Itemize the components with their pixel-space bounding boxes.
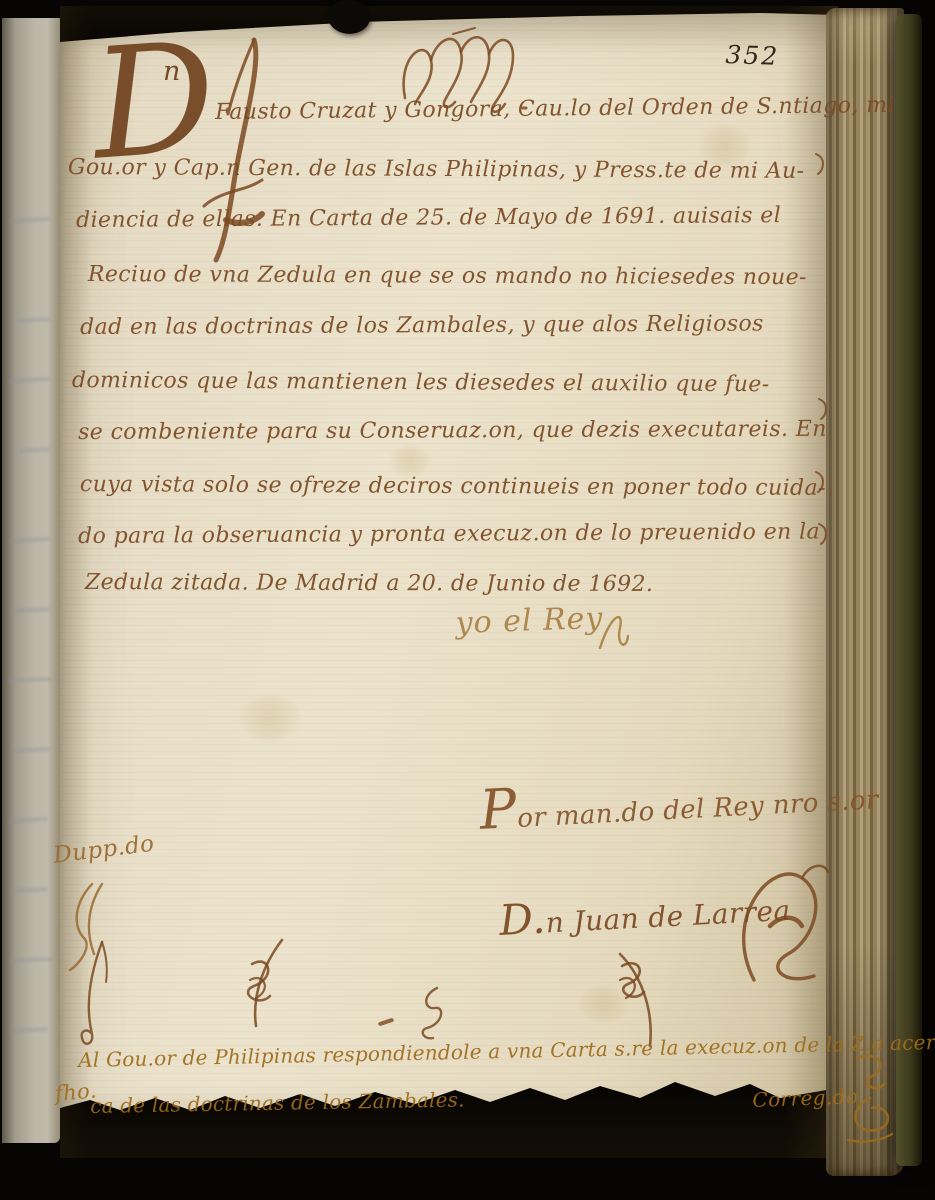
folio-number: 352: [725, 40, 780, 71]
body-line: se combeniente para su Conseruaz.on, que…: [78, 417, 827, 445]
bleedthrough-stroke: [10, 217, 50, 223]
bleedthrough-stroke: [10, 957, 52, 963]
body-line: do para la obseruancia y pronta execuz.o…: [78, 519, 820, 549]
fore-edge-shadow: [896, 14, 922, 1166]
body-line: Gou.or y Cap.n Gen. de las Islas Philipi…: [68, 155, 805, 184]
body-line: cuya vista solo se ofreze deciros contin…: [80, 472, 826, 501]
body-line: diencia de ellas. En Carta de 25. de May…: [76, 203, 781, 233]
bleedthrough-stroke: [14, 607, 50, 613]
quill-mark: [415, 982, 451, 1046]
royal-signature: yo el Rey: [455, 601, 604, 641]
bleedthrough-stroke: [12, 1027, 48, 1033]
royal-rubric-flourish: [590, 600, 632, 658]
manuscript-photo: 352 D n Fausto Cruzat y Gongora, Cau.lo …: [0, 0, 935, 1200]
bleedthrough-stroke: [20, 447, 50, 453]
signature-rubric-flourish: [730, 856, 834, 1000]
initial-superscript: n: [163, 56, 181, 87]
bleedthrough-stroke: [12, 747, 50, 753]
quill-mark: [228, 936, 292, 1038]
body-line: Zedula zitada. De Madrid a 20. de Junio …: [85, 570, 653, 597]
quill-mark: [78, 938, 114, 1052]
corrected-rubric-flourish: [828, 1050, 900, 1148]
bleedthrough-stroke: [14, 887, 48, 893]
fecho-mark: fho.: [54, 1078, 98, 1106]
line-end-mark: [812, 150, 828, 178]
body-line: dad en las doctrinas de los Zambales, y …: [80, 311, 764, 340]
bleedthrough-stroke: [8, 677, 52, 683]
bleedthrough-stroke: [16, 317, 50, 323]
bleedthrough-stroke: [10, 537, 50, 543]
line-end-mark: [815, 395, 831, 423]
bleedthrough-stroke: [8, 817, 48, 823]
foxing-stain: [390, 446, 430, 476]
bleedthrough-stroke: [8, 377, 50, 383]
line-end-mark: [815, 520, 831, 548]
body-line: Reciuo de vna Zedula en que se os mando …: [88, 262, 807, 290]
initial-flourish: [196, 30, 272, 268]
body-line: dominicos que las mantienen les diesedes…: [72, 368, 770, 397]
foxing-stain: [240, 696, 300, 740]
book-fore-edge: [826, 8, 904, 1176]
line-end-mark: [812, 468, 828, 496]
